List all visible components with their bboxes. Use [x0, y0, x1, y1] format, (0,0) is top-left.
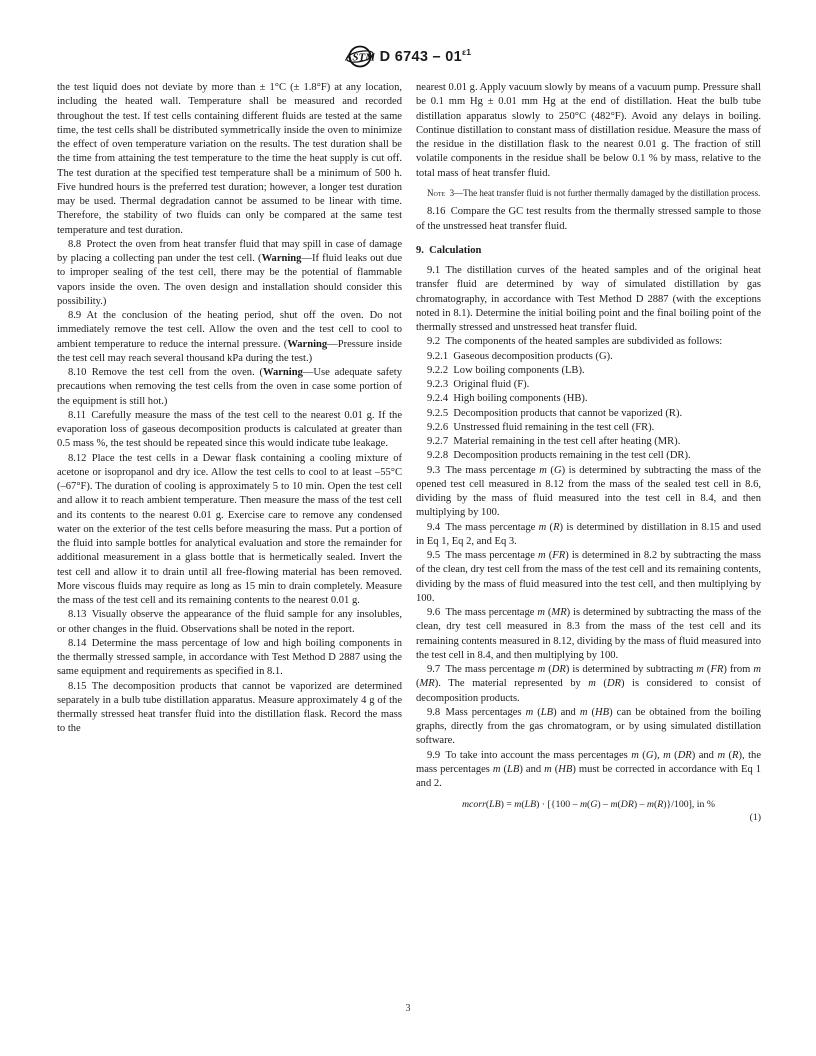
paragraph: 8.11 Carefully measure the mass of the t…: [57, 409, 402, 452]
text-segment: ) and: [519, 764, 544, 775]
text-segment: ) is determined by subtracting: [566, 664, 696, 675]
text-segment: G: [554, 465, 562, 476]
text-segment: 9.6 The mass percentage: [427, 607, 537, 618]
text-segment: ) · [{100 –: [536, 799, 580, 810]
text-segment: 9. Calculation: [416, 245, 481, 256]
page-number: 3: [0, 1003, 816, 1014]
text-segment: 8.13 Visually observe the appearance of …: [57, 609, 402, 634]
text-segment: (: [596, 678, 607, 689]
paragraph: 8.16 Compare the GC test results from th…: [416, 205, 761, 234]
text-segment: ) –: [634, 799, 647, 810]
text-segment: 9.1 The distillation curves of the heate…: [416, 265, 761, 333]
text-segment: m: [537, 607, 545, 618]
text-segment: ) –: [597, 799, 610, 810]
text-segment: DR: [607, 678, 621, 689]
paragraph: 9.2.1 Gaseous decomposition products (G)…: [416, 350, 761, 364]
text-segment: FR: [710, 664, 723, 675]
right-column: nearest 0.01 g. Apply vacuum slowly by m…: [416, 81, 761, 824]
text-segment: DR: [621, 799, 634, 810]
text-segment: m: [610, 799, 617, 810]
designation-superscript: ε1: [462, 47, 471, 57]
paragraph: 9.2.3 Original fluid (F).: [416, 378, 761, 392]
text-segment: m: [717, 750, 725, 761]
text-segment: 8.10 Remove the test cell from the oven.…: [68, 367, 263, 378]
text-segment: m: [538, 550, 546, 561]
text-segment: (: [671, 750, 678, 761]
paragraph: 9.4 The mass percentage m (R) is determi…: [416, 521, 761, 550]
text-segment: ) and: [553, 707, 580, 718]
paragraph: 9.2.8 Decomposition products remaining i…: [416, 449, 761, 463]
text-segment: 9.2.7 Material remaining in the test cel…: [427, 436, 680, 447]
text-segment: mcorr: [462, 799, 486, 810]
text-segment: HB: [595, 707, 609, 718]
text-segment: 9.4 The mass percentage: [427, 522, 539, 533]
text-segment: ). The material represented by: [435, 678, 589, 689]
text-segment: ),: [653, 750, 663, 761]
paragraph: 9.2.4 High boiling components (HB).: [416, 392, 761, 406]
paragraph: 9.2.2 Low boiling components (LB).: [416, 364, 761, 378]
paragraph: the test liquid does not deviate by more…: [57, 81, 402, 238]
equation: mcorr(LB) = m(LB) · [{100 – m(G) – m(DR)…: [416, 798, 761, 824]
left-column: the test liquid does not deviate by more…: [57, 81, 402, 824]
paragraph: nearest 0.01 g. Apply vacuum slowly by m…: [416, 81, 761, 181]
text-segment: ) from: [723, 664, 753, 675]
text-segment: Note: [427, 188, 445, 198]
paragraph: 9.1 The distillation curves of the heate…: [416, 264, 761, 335]
text-segment: 9.5 The mass percentage: [427, 550, 538, 561]
text-segment: 9.2.6 Unstressed fluid remaining in the …: [427, 422, 654, 433]
paragraph: 9.8 Mass percentages m (LB) and m (HB) c…: [416, 706, 761, 749]
paragraph: 9.2.5 Decomposition products that cannot…: [416, 407, 761, 421]
text-segment: 9.2 The components of the heated samples…: [427, 336, 722, 347]
text-segment: 9.9 To take into account the mass percen…: [427, 750, 631, 761]
text-segment: LB: [489, 799, 500, 810]
text-segment: 9.3 The mass percentage: [427, 465, 539, 476]
text-segment: FR: [552, 550, 565, 561]
text-segment: DR: [552, 664, 566, 675]
paragraph: 9.6 The mass percentage m (MR) is determ…: [416, 606, 761, 663]
paragraph: 9.9 To take into account the mass percen…: [416, 749, 761, 792]
equation-number: (1): [416, 811, 761, 824]
text-segment: ) =: [501, 799, 515, 810]
standard-designation: D 6743 – 01ε1: [380, 49, 472, 65]
text-segment: DR: [678, 750, 692, 761]
text-segment: MR: [420, 678, 435, 689]
paragraph: 8.14 Determine the mass percentage of lo…: [57, 637, 402, 680]
paragraph: 9.3 The mass percentage m (G) is determi…: [416, 464, 761, 521]
text-segment: LB: [525, 799, 536, 810]
text-segment: m: [493, 764, 501, 775]
text-segment: 9.2.4 High boiling components (HB).: [427, 393, 588, 404]
text-segment: Warning: [263, 367, 303, 378]
paragraph: 9.5 The mass percentage m (FR) is determ…: [416, 549, 761, 606]
text-segment: 9.2.2 Low boiling components (LB).: [427, 365, 585, 376]
text-segment: m: [753, 664, 761, 675]
text-segment: )}/100], in %: [663, 799, 715, 810]
text-segment: LB: [541, 707, 553, 718]
svg-text:ASTM: ASTM: [345, 52, 375, 64]
text-segment: m: [663, 750, 671, 761]
paragraph: 9.7 The mass percentage m (DR) is determ…: [416, 663, 761, 706]
text-segment: m: [631, 750, 639, 761]
astm-logo-icon: ASTM: [345, 44, 375, 69]
text-segment: HB: [558, 764, 572, 775]
document-page: ASTM D 6743 – 01ε1 the test liquid does …: [0, 0, 816, 1056]
paragraph: 9.2.6 Unstressed fluid remaining in the …: [416, 421, 761, 435]
page-header: ASTM D 6743 – 01ε1: [0, 44, 816, 69]
text-segment: 8.15 The decomposition products that can…: [57, 681, 402, 735]
text-segment: m: [588, 678, 596, 689]
text-segment: 3—The heat transfer fluid is not further…: [445, 188, 760, 198]
text-segment: the test liquid does not deviate by more…: [57, 82, 402, 236]
text-segment: (: [588, 707, 596, 718]
text-segment: (: [639, 750, 646, 761]
text-segment: m: [696, 664, 704, 675]
text-segment: ) and: [692, 750, 718, 761]
paragraph: 9.2 The components of the heated samples…: [416, 335, 761, 349]
text-segment: (: [725, 750, 732, 761]
paragraph: 8.13 Visually observe the appearance of …: [57, 608, 402, 637]
text-segment: m: [580, 707, 588, 718]
text-segment: Warning: [287, 339, 327, 350]
text-segment: Warning: [262, 253, 302, 264]
text-segment: 9.2.8 Decomposition products remaining i…: [427, 450, 691, 461]
text-segment: MR: [551, 607, 566, 618]
paragraph: 9.2.7 Material remaining in the test cel…: [416, 435, 761, 449]
paragraph: 8.12 Place the test cells in a Dewar fla…: [57, 452, 402, 609]
text-columns: the test liquid does not deviate by more…: [57, 81, 761, 824]
text-segment: 9.7 The mass percentage: [427, 664, 538, 675]
designation-text: D 6743 – 01: [380, 49, 462, 65]
text-segment: m: [580, 799, 587, 810]
text-segment: (: [533, 707, 541, 718]
paragraph: 8.15 The decomposition products that can…: [57, 680, 402, 737]
paragraph: 8.9 At the conclusion of the heating per…: [57, 309, 402, 366]
note-paragraph: Note 3—The heat transfer fluid is not fu…: [416, 188, 761, 200]
text-segment: 9.2.3 Original fluid (F).: [427, 379, 529, 390]
text-segment: 9.2.1 Gaseous decomposition products (G)…: [427, 351, 613, 362]
text-segment: 9.2.5 Decomposition products that cannot…: [427, 408, 682, 419]
text-segment: 8.11 Carefully measure the mass of the t…: [57, 410, 402, 450]
text-segment: (: [547, 465, 554, 476]
text-segment: m: [647, 799, 654, 810]
text-segment: 8.16 Compare the GC test results from th…: [416, 206, 761, 231]
text-segment: 8.14 Determine the mass percentage of lo…: [57, 638, 402, 678]
text-segment: 8.12 Place the test cells in a Dewar fla…: [57, 453, 402, 607]
paragraph: 8.10 Remove the test cell from the oven.…: [57, 366, 402, 409]
section-heading: 9. Calculation: [416, 244, 761, 258]
text-segment: nearest 0.01 g. Apply vacuum slowly by m…: [416, 82, 761, 179]
text-segment: 9.8 Mass percentages: [427, 707, 526, 718]
text-segment: m: [544, 764, 552, 775]
text-segment: LB: [507, 764, 519, 775]
paragraph: 8.8 Protect the oven from heat transfer …: [57, 238, 402, 309]
text-segment: m: [539, 465, 547, 476]
